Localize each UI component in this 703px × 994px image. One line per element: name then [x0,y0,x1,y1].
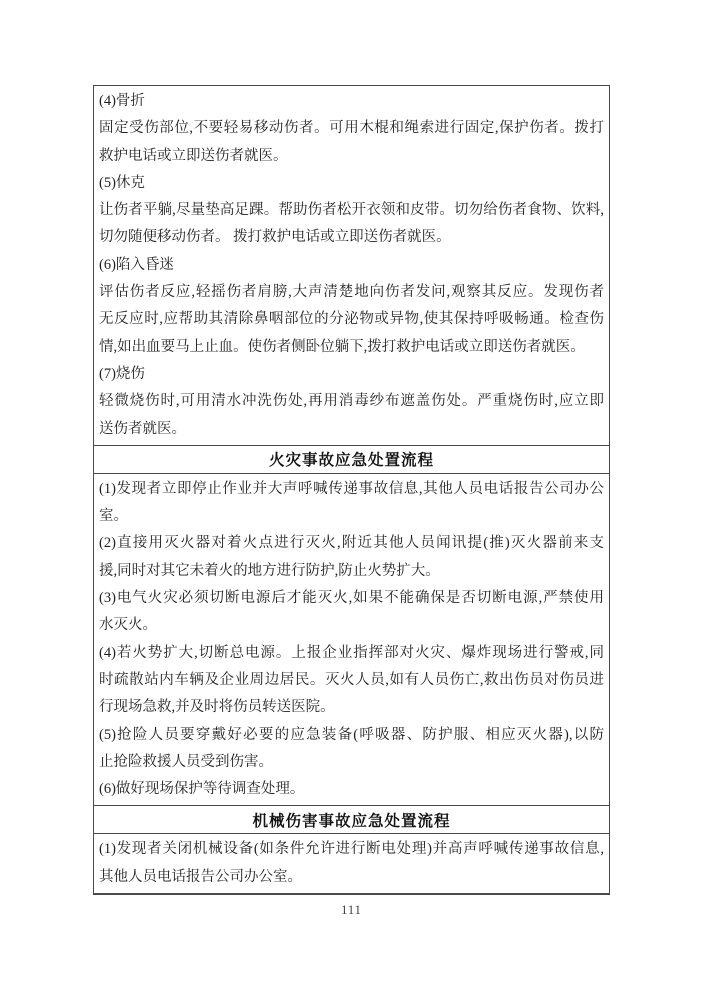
paragraph: (2)直接用灭火器对着火点进行灭火,附近其他人员闻讯提(推)灭火器前来支援,同时… [99,530,604,585]
text-line: (6)做好现场保护等待调查处理。 [99,776,604,803]
text-line: (4)骨折 [99,88,604,115]
text-line: (1)发现者立即停止作业并大声呼喊传递事故信息,其他人员电话报告公司办公 [99,476,604,503]
text-line: (3)电气火灾必须切断电源后才能灭火,如果不能确保是否切断电源,严禁使用 [99,585,604,612]
paragraph: (7)烧伤 [99,361,604,388]
document-page: (4)骨折固定受伤部位,不要轻易移动伤者。可用木棍和绳索进行固定,保护伤者。拨打… [0,0,703,994]
text-line: 水灭火。 [99,612,604,639]
text-line: 其他人员电话报告公司办公室。 [99,864,604,891]
paragraph: 固定受伤部位,不要轻易移动伤者。可用木棍和绳索进行固定,保护伤者。拨打救护电话或… [99,115,604,170]
text-line: 救护电话或立即送伤者就医。 [99,143,604,170]
mechanical-injury-procedure-cell: (1)发现者关闭机械设备(如条件允许进行断电处理)并高声呼喊传递事故信息,其他人… [94,833,609,893]
text-line: 行现场急救,并及时将伤员转送医院。 [99,694,604,721]
paragraph: (6)陷入昏迷 [99,252,604,279]
text-line: (1)发现者关闭机械设备(如条件允许进行断电处理)并高声呼喊传递事故信息, [99,836,604,863]
text-line: 固定受伤部位,不要轻易移动伤者。可用木棍和绳索进行固定,保护伤者。拨打 [99,115,604,142]
text-line: 情,如出血要马上止血。使伤者侧卧位躺下,拨打救护电话或立即送伤者就医。 [99,334,604,361]
paragraph: (5)抢险人员要穿戴好必要的应急装备(呼吸器、防护服、相应灭火器),以防止抢险救… [99,722,604,777]
paragraph: (3)电气火灾必须切断电源后才能灭火,如果不能确保是否切断电源,严禁使用水灭火。 [99,585,604,640]
section-title: 火灾事故应急处置流程 [269,448,434,470]
text-line: 止抢险救援人员受到伤害。 [99,749,604,776]
text-line: (2)直接用灭火器对着火点进行灭火,附近其他人员闻讯提(推)灭火器前来支 [99,530,604,557]
mechanical-injury-header-row: 机械伤害事故应急处置流程 [94,805,609,833]
text-line: 送伤者就医。 [99,416,604,443]
text-line: 让伤者平躺,尽量垫高足踝。帮助伤者松开衣领和皮带。切勿给伤者食物、饮料, [99,197,604,224]
first-aid-measures-cell: (4)骨折固定受伤部位,不要轻易移动伤者。可用木棍和绳索进行固定,保护伤者。拨打… [94,86,609,445]
text-line: (5)休克 [99,170,604,197]
text-line: (4)若火势扩大,切断总电源。上报企业指挥部对火灾、爆炸现场进行警戒,同 [99,640,604,667]
text-line: (5)抢险人员要穿戴好必要的应急装备(呼吸器、防护服、相应灭火器),以防 [99,722,604,749]
text-line: 室。 [99,503,604,530]
text-line: 轻微烧伤时,可用清水冲洗伤处,再用消毒纱布遮盖伤处。严重烧伤时,应立即 [99,388,604,415]
paragraph: 轻微烧伤时,可用清水冲洗伤处,再用消毒纱布遮盖伤处。严重烧伤时,应立即送伤者就医… [99,388,604,443]
paragraph: (1)发现者关闭机械设备(如条件允许进行断电处理)并高声呼喊传递事故信息,其他人… [99,836,604,891]
text-line: (6)陷入昏迷 [99,252,604,279]
page-number: 111 [0,903,703,918]
text-line: (7)烧伤 [99,361,604,388]
paragraph: (4)骨折 [99,88,604,115]
fire-accident-header-row: 火灾事故应急处置流程 [94,445,609,473]
paragraph: (5)休克 [99,170,604,197]
section-title: 机械伤害事故应急处置流程 [252,809,450,831]
paragraph: (1)发现者立即停止作业并大声呼喊传递事故信息,其他人员电话报告公司办公室。 [99,476,604,531]
paragraph: 评估伤者反应,轻摇伤者肩膀,大声清楚地向伤者发问,观察其反应。发现伤者无反应时,… [99,279,604,361]
emergency-procedures-table: (4)骨折固定受伤部位,不要轻易移动伤者。可用木棍和绳索进行固定,保护伤者。拨打… [93,85,610,895]
fire-accident-procedure-cell: (1)发现者立即停止作业并大声呼喊传递事故信息,其他人员电话报告公司办公室。(2… [94,473,609,806]
text-line: 切勿随便移动伤者。 拨打救护电话或立即送伤者就医。 [99,224,604,251]
text-line: 时疏散站内车辆及企业周边居民。灭火人员,如有人员伤亡,救出伤员对伤员进 [99,667,604,694]
paragraph: (4)若火势扩大,切断总电源。上报企业指挥部对火灾、爆炸现场进行警戒,同时疏散站… [99,640,604,722]
paragraph: (6)做好现场保护等待调查处理。 [99,776,604,803]
text-line: 评估伤者反应,轻摇伤者肩膀,大声清楚地向伤者发问,观察其反应。发现伤者 [99,279,604,306]
text-line: 无反应时,应帮助其清除鼻咽部位的分泌物或异物,使其保持呼吸畅通。检查伤 [99,306,604,333]
paragraph: 让伤者平躺,尽量垫高足踝。帮助伤者松开衣领和皮带。切勿给伤者食物、饮料,切勿随便… [99,197,604,252]
text-line: 援,同时对其它未着火的地方进行防护,防止火势扩大。 [99,558,604,585]
